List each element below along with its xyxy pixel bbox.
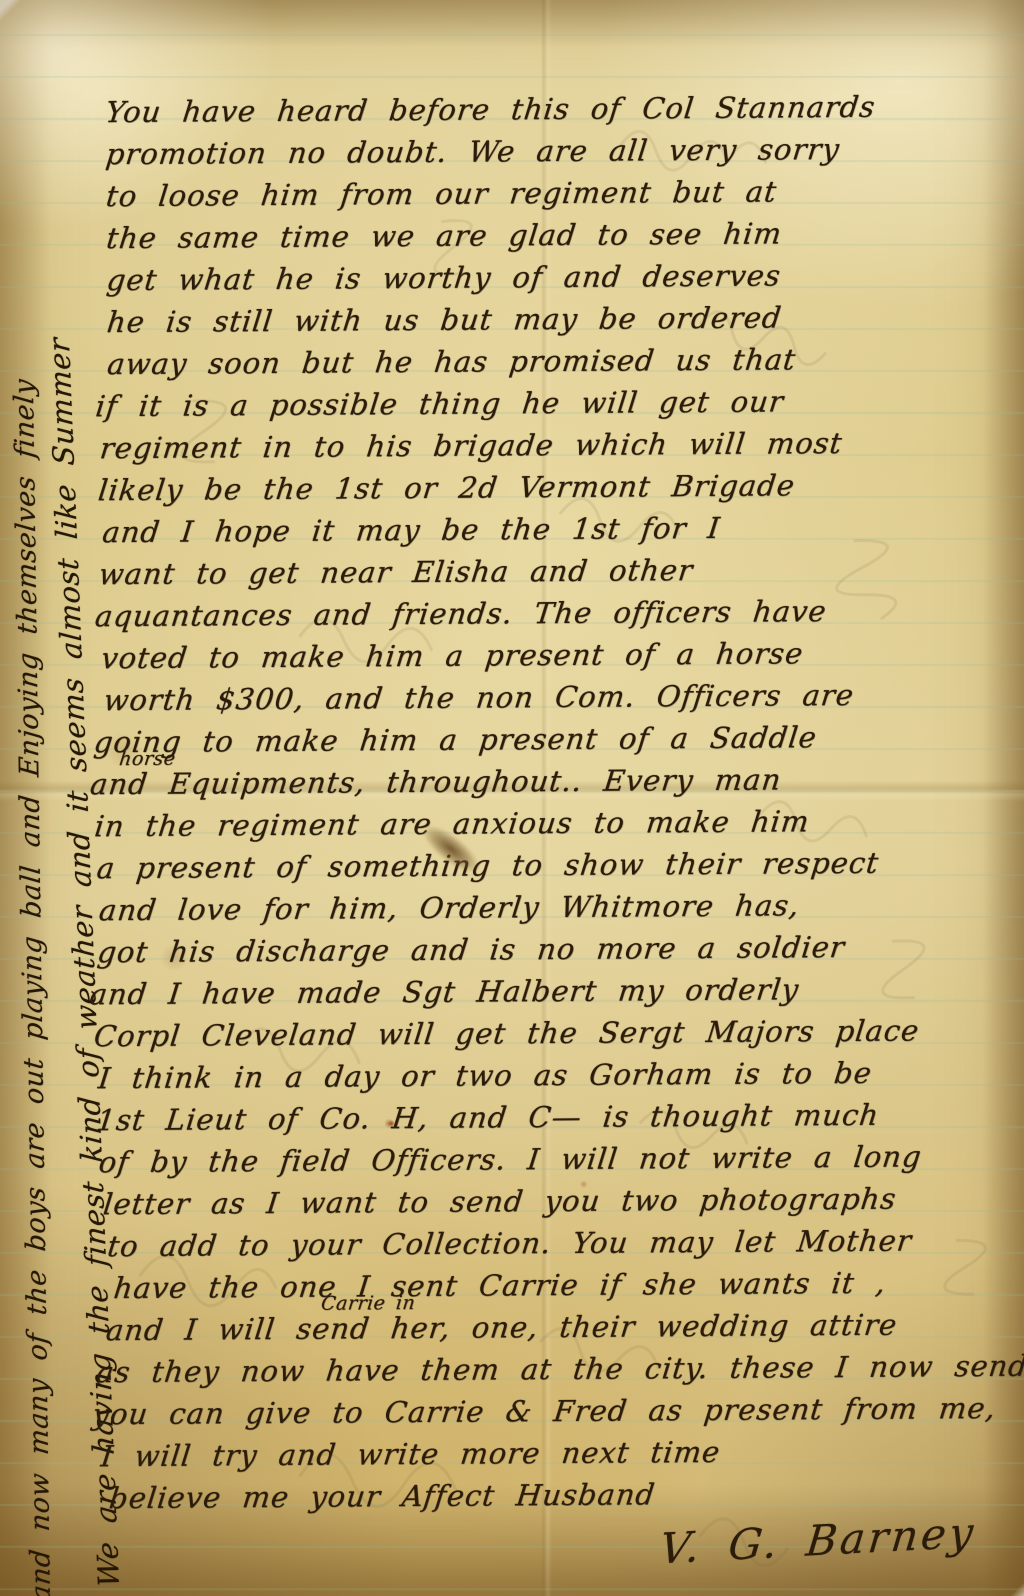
inserted-word: Carrie in — [320, 1294, 416, 1314]
letter-line: worth $300, and the non Com. Officers ar… — [101, 673, 1022, 721]
letter-line: and Equipments, throughout.. Every manho… — [88, 757, 1023, 806]
letter-line: as they now have them at the city. these… — [94, 1345, 1024, 1394]
letter-line: You have heard before this of Col Stanna… — [103, 85, 1018, 133]
letter-line: regiment in to his brigade which will mo… — [98, 421, 1021, 469]
letter-line: the same time we are glad to see him — [104, 211, 1019, 259]
letter-line: and love for him, Orderly Whitmore has, — [97, 883, 1024, 931]
letter-line: to add to your Collection. You may let M… — [105, 1219, 1024, 1267]
letter-line: he is still with us but may be ordered — [105, 295, 1020, 343]
letter-line: got his discharge and is no more a soldi… — [95, 925, 1024, 973]
letter-line: Corpl Cleveland will get the Sergt Major… — [92, 1009, 1024, 1058]
letter-line: promotion no doubt. We are all very sorr… — [104, 127, 1019, 175]
letter-line: want to get near Elisha and other — [97, 547, 1022, 595]
rust-spot-stain — [388, 1120, 395, 1127]
letter-line: have the one I sent Carrie if she wants … — [112, 1261, 1024, 1309]
letter-line: a present of something to show their res… — [95, 841, 1024, 889]
letter-line: of by the field Officers. I will not wri… — [97, 1135, 1024, 1183]
letter-line: aquantances and friends. The officers ha… — [93, 589, 1022, 637]
letter-line: letter as I want to send you two photogr… — [101, 1177, 1024, 1225]
letter-body: You have heard before this of Col Stanna… — [103, 85, 1023, 1519]
letter-page: We are having the finest kind of weather… — [0, 0, 1024, 1596]
letter-line: and I hope it may be the 1st for I — [100, 505, 1021, 553]
letter-line: in the regiment are anxious to make him — [92, 799, 1023, 847]
letter-line: and I have made Sgt Halbert my orderly — [87, 967, 1024, 1016]
letter-line: you can give to Carrie & Fred as present… — [90, 1387, 1024, 1436]
letter-line: and I will send her, one, their wedding … — [104, 1303, 1024, 1351]
letter-line: likely be the 1st or 2d Vermont Brigade — [96, 463, 1021, 511]
letter-line: I will try and write more next time — [99, 1429, 1024, 1477]
letter-line: away soon but he has promised us that — [105, 337, 1020, 385]
letter-line: going to make him a present of a Saddle — [92, 715, 1023, 763]
letter-line: get what he is worthy of and deserves — [104, 253, 1019, 301]
letter-line: if it is a possible thing he will get ou… — [93, 379, 1020, 427]
letter-line: to loose him from our regiment but at — [104, 169, 1019, 217]
letter-line: I think in a day or two as Gorham is to … — [96, 1051, 1024, 1099]
letter-line: voted to make him a present of a horse — [99, 631, 1022, 679]
letter-line: 1st Lieut of Co. H, and C— is thought mu… — [94, 1093, 1024, 1141]
inserted-word: horse — [118, 750, 176, 769]
